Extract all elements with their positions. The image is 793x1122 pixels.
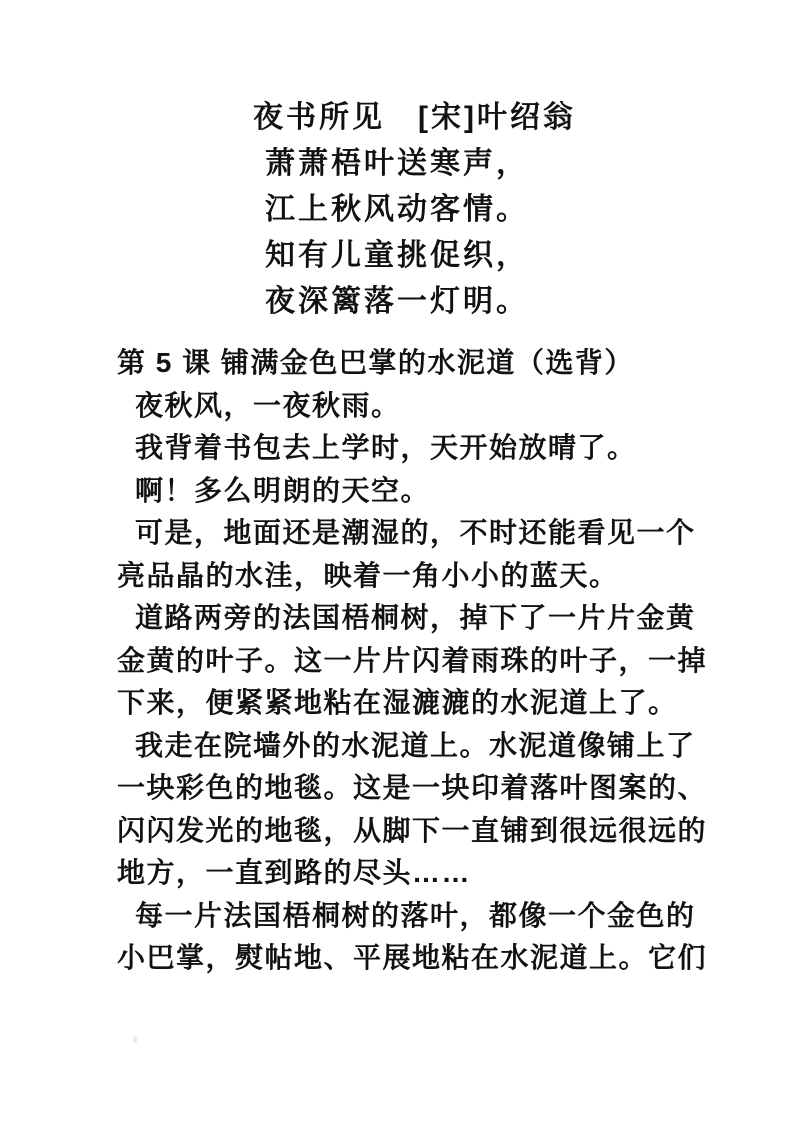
lesson-text-line: 亮品晶的水洼，映着一角小小的蓝天。 bbox=[117, 555, 717, 598]
lesson-heading: 第 5 课 铺满金色巴掌的水泥道（选背） bbox=[117, 342, 717, 385]
poem-line: 萧萧梧叶送寒声， bbox=[265, 141, 576, 187]
document-page: 夜书所见 [宋]叶绍翁 萧萧梧叶送寒声， 江上秋风动客情。 知有儿童挑促织， 夜… bbox=[0, 0, 793, 1122]
scan-artifact bbox=[133, 1036, 137, 1043]
lesson-text-line: 每一片法国梧桐树的落叶，都像一个金色的 bbox=[117, 895, 717, 938]
lesson-text-line: 下来，便紧紧地粘在湿漉漉的水泥道上了。 bbox=[117, 682, 717, 725]
poem-line: 江上秋风动客情。 bbox=[265, 187, 576, 233]
lesson-text-line: 啊！多么明朗的天空。 bbox=[117, 470, 717, 513]
poem-section: 夜书所见 [宋]叶绍翁 萧萧梧叶送寒声， 江上秋风动客情。 知有儿童挑促织， 夜… bbox=[253, 95, 576, 325]
lesson-text-line: 小巴掌，熨帖地、平展地粘在水泥道上。它们 bbox=[117, 937, 717, 980]
poem-line: 夜深篱落一灯明。 bbox=[265, 279, 576, 325]
lesson-section: 第 5 课 铺满金色巴掌的水泥道（选背） 夜秋风，一夜秋雨。 我背着书包去上学时… bbox=[117, 342, 717, 980]
poem-line: 知有儿童挑促织， bbox=[265, 233, 576, 279]
lesson-text-line: 我走在院墙外的水泥道上。水泥道像铺上了 bbox=[117, 725, 717, 768]
poem-title: 夜书所见 [宋]叶绍翁 bbox=[253, 95, 576, 141]
lesson-text-line: 金黄的叶子。这一片片闪着雨珠的叶子，一掉 bbox=[117, 640, 717, 683]
lesson-text-line: 可是，地面还是潮湿的，不时还能看见一个 bbox=[117, 512, 717, 555]
lesson-text-line: 道路两旁的法国梧桐树，掉下了一片片金黄 bbox=[117, 597, 717, 640]
lesson-text-line: 闪闪发光的地毯，从脚下一直铺到很远很远的 bbox=[117, 810, 717, 853]
lesson-text-line: 一块彩色的地毯。这是一块印着落叶图案的、 bbox=[117, 767, 717, 810]
lesson-text-line: 我背着书包去上学时，天开始放晴了。 bbox=[117, 427, 717, 470]
lesson-text-line: 地方，一直到路的尽头…… bbox=[117, 852, 717, 895]
lesson-text-line: 夜秋风，一夜秋雨。 bbox=[117, 385, 717, 428]
